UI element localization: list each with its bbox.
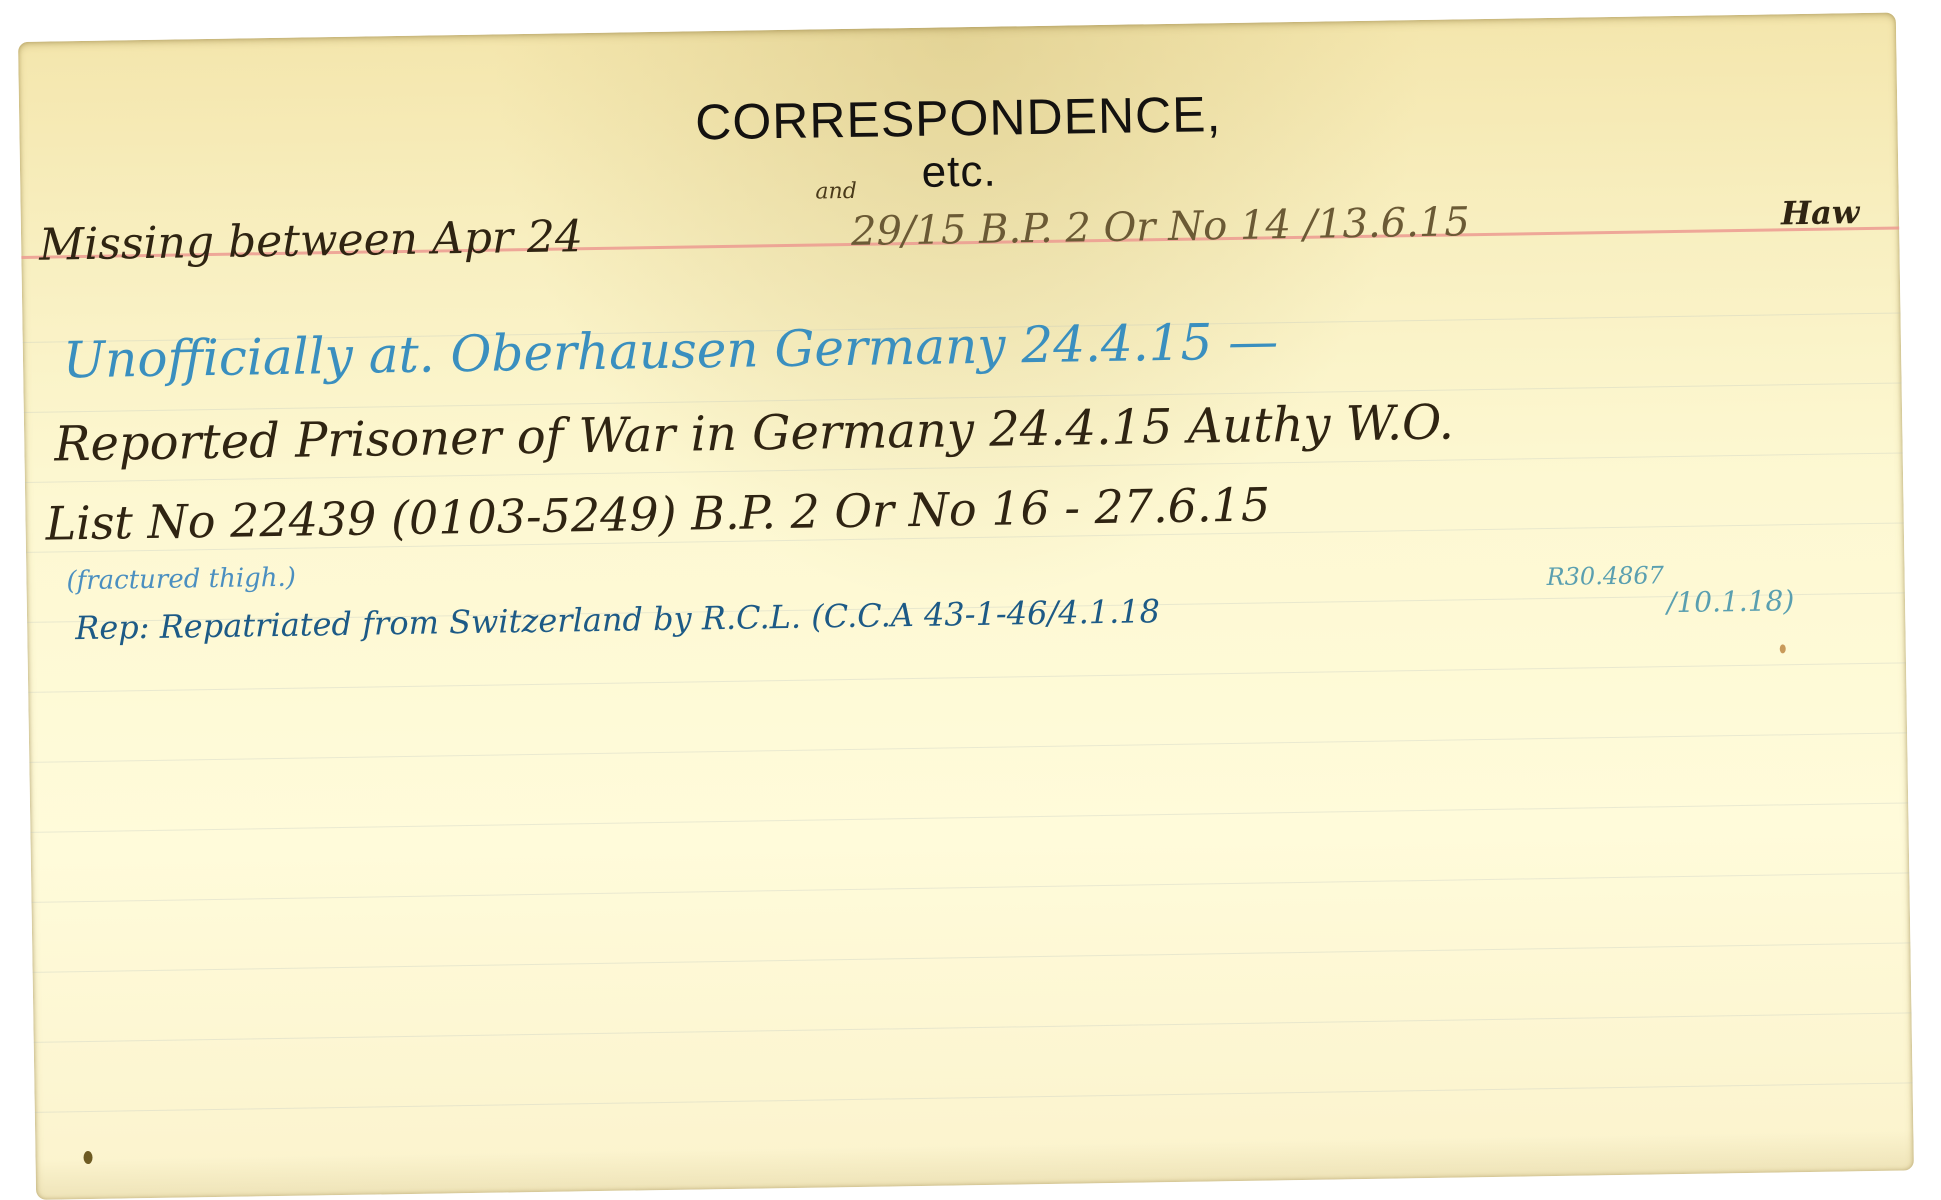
ruled-line: [30, 802, 1908, 832]
entry-list-number: List No 22439 (0103-5249) B.P. 2 Or No 1…: [45, 477, 1270, 550]
ruled-line: [28, 662, 1906, 692]
entry-missing-continuation: 29/15 B.P. 2 Or No 14 /13.6.15: [851, 199, 1470, 255]
ruled-line: [29, 732, 1907, 762]
ruled-line: [34, 1012, 1912, 1042]
ruled-line: [32, 872, 1910, 902]
entry-reported-pow: Reported Prisoner of War in Germany 24.4…: [54, 394, 1454, 472]
entry-missing-text: Missing between Apr 24: [39, 211, 583, 271]
entry-missing-superscript: and: [815, 179, 857, 205]
entry-repatriated-continuation: /10.1.18): [1667, 584, 1795, 619]
entry-missing: Missing between Apr 24: [39, 211, 583, 271]
entry-repatriated-superscript: R30.4867: [1546, 561, 1664, 591]
correspondence-index-card: CORRESPONDENCE, etc. Missing between Apr…: [18, 13, 1914, 1200]
entry-unofficially: Unofficially at. Oberhausen Germany 24.4…: [63, 312, 1279, 389]
stain-spot: [1780, 644, 1786, 653]
entry-repatriated: Rep: Repatriated from Switzerland by R.C…: [75, 592, 1160, 647]
entry-missing-initials: Haw: [1781, 193, 1860, 232]
ruled-line: [35, 1082, 1913, 1112]
entry-repatriated-text: Rep: Repatriated from Switzerland by R.C…: [75, 592, 1160, 647]
ruled-line: [33, 942, 1911, 972]
entry-fractured-thigh: (fractured thigh.): [66, 563, 296, 597]
ink-spot: [83, 1151, 92, 1164]
